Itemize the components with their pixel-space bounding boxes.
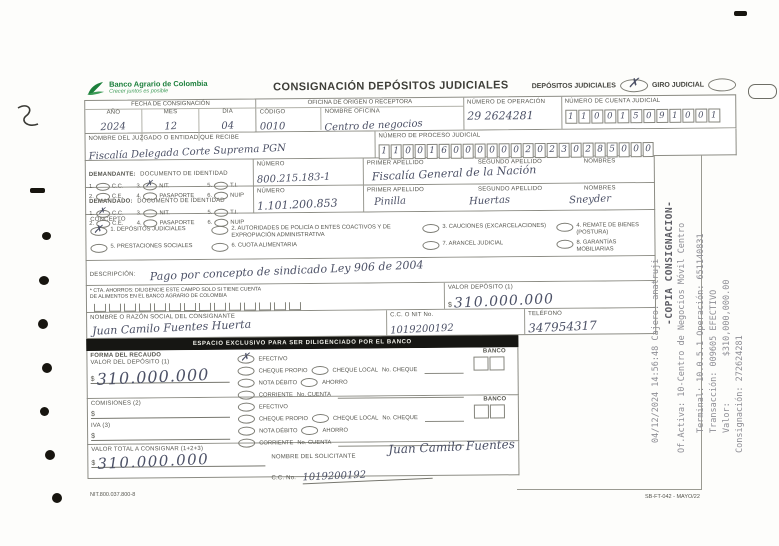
oficina-nombre: NOMBRE OFICINA Centro de negocios (322, 107, 464, 130)
checkbox-oval: ✗ (96, 210, 110, 218)
efectivo-oval: ✗ (238, 403, 255, 412)
demandado-doc: DEMANDADO: DOCUMENTO DE IDENTIDAD 1. ✗ C… (86, 187, 254, 214)
fecha-dia-value: 04 (221, 121, 234, 132)
digit-box: 0 (451, 143, 462, 158)
cuenta-judicial-digits: 110015091001 (565, 104, 733, 123)
fecha-ano-value: 2024 (101, 122, 127, 133)
digit-box: 2 (523, 143, 534, 158)
digit-box: 6 (439, 143, 450, 158)
punch-hole (52, 493, 62, 503)
row-fecha-oficina: FECHA DE CONSIGNACIÓN AÑO 2024 MES 12 DI… (84, 94, 736, 134)
punch-hole (42, 232, 51, 240)
deposit-type-options: DEPÓSITOS JUDICIALES ✗ GIRO JUDICIAL ✗ (532, 74, 737, 93)
digit-box: 0 (487, 143, 498, 158)
cheque-local-oval: ✗ (311, 366, 328, 375)
solicitante-cc-value: 1019200192 (302, 468, 432, 485)
concepto-option: ✗ 5. PRESTACIONES SOCIALES (90, 243, 205, 257)
consignante-cc-value: 1019200192 (390, 324, 454, 337)
pen-squiggle (14, 100, 48, 134)
punch-hole (42, 363, 52, 373)
digit-box: 0 (643, 109, 655, 123)
concepto-option: ✗ 2. AUTORIDADES DE POLICÍA O ENTES COAC… (211, 224, 416, 239)
recaudo-opciones: ✗ EFECTIVO ✗ CHEQUE PROPIO ✗ CHEQUE LOCA… (232, 348, 471, 397)
digit-box: 0 (619, 142, 630, 157)
row-total: VALOR TOTAL A CONSIGNAR (1+2+3) $ 310.00… (87, 441, 519, 479)
checkbox-oval: ✗ (422, 241, 439, 250)
digit-box: 0 (415, 144, 426, 159)
digit-box: 0 (403, 144, 414, 159)
bank-nit: NIT.800.037.800-8 (90, 492, 135, 498)
bank-tagline: Crecer juntos es posible (109, 88, 208, 95)
digit-box: 9 (656, 109, 668, 123)
digit-box: 0 (499, 143, 510, 158)
deposit-option-label: DEPÓSITOS JUDICIALES (532, 82, 616, 90)
digit-box: 5 (630, 109, 642, 123)
deposit-form: Banco Agrario de Colombia Crecer juntos … (84, 72, 739, 479)
digit-box: 0 (535, 142, 546, 157)
form-code: SB-FT-042 - MAYO/22 (645, 494, 700, 500)
corner-box (748, 84, 777, 99)
digit-box: 2 (583, 142, 594, 157)
stamp-transaccion: Transacción: 009605 EFECTIVO (708, 143, 721, 463)
margin-mark (30, 188, 45, 193)
numero-operacion: NÚMERO DE OPERACIÓN 29 2624281 (464, 97, 562, 130)
stamp-title: -COPIA CONSIGNACION- (663, 143, 676, 463)
ahorro-oval: ✗ (301, 426, 318, 435)
digit-box: 0 (631, 142, 642, 157)
valor-deposito: VALOR DEPÓSITO (1) $ 310.000.000 (445, 281, 655, 309)
digit-box: 1 (578, 110, 590, 124)
comisiones-banco: BANCO (472, 395, 518, 440)
digit-box: 8 (595, 142, 606, 157)
check-mark-icon: ✗ (145, 179, 153, 189)
digit-box: 1 (669, 109, 681, 123)
demandante-numero-value: 800.215.183-1 (257, 173, 331, 186)
digit-box: 0 (463, 143, 474, 158)
digit-box: 0 (591, 109, 603, 123)
juzgado: NOMBRE DEL JUZGADO O ENTIDAD QUE RECIBE … (85, 131, 375, 160)
digit-box: 0 (695, 109, 707, 123)
digit-box: 1 (379, 144, 390, 159)
demandado-segundo-value: Huertas (469, 193, 569, 207)
consignante-telefono: TELÉFONO 347954317 (525, 308, 655, 334)
comisiones: COMISIONES (2) $ IVA (3) $ (88, 398, 233, 444)
punch-hole (39, 276, 49, 285)
consignante-nombre-value: Juan Camilo Fuentes Huerta (92, 320, 251, 337)
digit-box: 0 (475, 143, 486, 158)
check-mark-icon: ✗ (93, 223, 102, 236)
numero-operacion-value: 29 2624281 (467, 109, 534, 123)
checkbox-oval: ✗ (96, 193, 110, 201)
digit-box: 1 (708, 108, 720, 122)
bank-logo: Banco Agrario de Colombia Crecer juntos … (86, 78, 258, 96)
cheque-propio-oval: ✗ (238, 367, 255, 376)
cheque-local-oval: ✗ (312, 414, 329, 423)
digit-box: 1 (391, 144, 402, 159)
demandado-numero: NÚMERO 1.101.200.853 (254, 186, 364, 213)
row-forma-recaudo: FORMA DEL RECAUDO VALOR DEL DEPÓSITO (1)… (86, 347, 518, 399)
row-comisiones: COMISIONES (2) $ IVA (3) $ ✗ EFECTIVO ✗ … (87, 395, 519, 445)
checkbox-oval: ✗ (96, 183, 110, 191)
stamp-datetime: 04/12/2024 14:56:48 Cajero: anatruji (650, 143, 663, 463)
valor-deposito-value: 310.000.000 (454, 292, 555, 310)
oficina-codigo-value: 0010 (260, 121, 286, 132)
checkbox-oval: ✗ (90, 227, 107, 236)
oficina-codigo: CÓDIGO 0010 (257, 108, 322, 131)
demandado-nombres-value: Sneyder (569, 193, 654, 207)
giro-option-label: GIRO JUDICIAL (652, 82, 704, 89)
demandado-numero-value: 1.101.200.853 (257, 198, 338, 212)
nota-debito-oval: ✗ (238, 427, 255, 436)
stamp-consignacion: Consignación: 272624281 (734, 143, 747, 463)
banco-boxes (474, 404, 516, 418)
stamp-valor-monto: $310,000,000.00 (721, 280, 734, 357)
comisiones-opciones: ✗ EFECTIVO ✗ CHEQUE PROPIO ✗ CHEQUE LOCA… (233, 396, 472, 443)
giro-option-oval: ✗ (708, 78, 736, 91)
concepto-option: ✗ 6. CUOTA ALIMENTARIA (211, 241, 416, 256)
digit-box: 0 (604, 109, 616, 123)
checkbox-oval: ✗ (90, 244, 107, 253)
teller-stamp: 04/12/2024 14:56:48 Cajero: anatruji -CO… (650, 143, 756, 463)
check-mark-icon: ✗ (240, 351, 249, 364)
check-mark-icon: ✗ (628, 76, 639, 91)
punch-hole (40, 407, 49, 416)
concepto-option: ✗ 8. GARANTÍAS MOBILIARIAS (556, 239, 650, 253)
digit-box: 1 (427, 143, 438, 158)
concepto-option: ✗ 1. DEPÓSITOS JUDICIALES (90, 226, 205, 240)
digit-box: 1 (565, 110, 577, 124)
checkbox-oval: ✗ (556, 223, 573, 232)
digit-box: 1 (617, 109, 629, 123)
oficina-origen: OFICINA DE ORIGEN O RECEPTORA CÓDIGO 001… (257, 98, 465, 132)
punch-hole (38, 319, 48, 329)
row-consignante: NOMBRE O RAZÓN SOCIAL DEL CONSIGNANTE Ju… (86, 308, 656, 339)
solicitante-value: Juan Camilo Fuentes (388, 439, 515, 455)
valor-total-value: 310.000.000 (97, 454, 209, 469)
digit-box: 0 (511, 143, 522, 158)
cheque-propio-oval: ✗ (238, 415, 255, 424)
consignante-telefono-value: 347954317 (528, 320, 597, 333)
scan-mark (734, 11, 747, 16)
demandante-doc: DEMANDANTE: DOCUMENTO DE IDENTIDAD 1. ✗ … (86, 160, 254, 187)
consignante-cc: C.C. O NIT No. 1019200192 (387, 309, 525, 335)
punch-hole (45, 450, 55, 460)
digit-box: 3 (559, 142, 570, 157)
concepto-options: ✗ 1. DEPÓSITOS JUDICIALES ✗ 2. AUTORIDAD… (86, 219, 654, 260)
consignante-nombre: NOMBRE O RAZÓN SOCIAL DEL CONSIGNANTE Ju… (87, 310, 387, 338)
digit-box: 5 (607, 142, 618, 157)
deposit-option-oval: ✗ (620, 79, 648, 92)
descripcion-label: DESCRIPCIÓN: (90, 272, 136, 278)
demandante-nombres: PRIMER APELLIDO SEGUNDO APELLIDO NOMBRES… (364, 156, 654, 185)
valor-total: VALOR TOTAL A CONSIGNAR (1+2+3) $ 310.00… (88, 443, 268, 478)
concepto-option: ✗ 7. ARANCEL JUDICIAL (422, 240, 550, 254)
cuenta-judicial: NÚMERO DE CUENTA JUDICIAL 110015091001 (562, 95, 736, 129)
concepto-option: ✗ 4. REMATE DE BIENES (POSTURA) (556, 222, 650, 236)
digit-box: 2 (547, 142, 558, 157)
row-concepto: CONCEPTO ✗ 1. DEPÓSITOS JUDICIALES ✗ 2. … (85, 210, 655, 261)
stamp-terminal: Terminal: 10.0.5.1 Operación: 651140831 (695, 143, 708, 463)
solicitante: NOMBRE DEL SOLICITANTE Juan Camilo Fuent… (268, 441, 518, 476)
no-cheque-line (425, 413, 464, 421)
check-mark-icon: ✗ (98, 207, 106, 217)
page: { "bank": { "name": "Banco Agrario de Co… (0, 0, 779, 546)
fecha-mes-value: 12 (164, 122, 177, 133)
descripcion-value: Pago por concepto de sindicado Ley 906 d… (150, 260, 424, 282)
fecha-consignacion: FECHA DE CONSIGNACIÓN AÑO 2024 MES 12 DI… (85, 99, 257, 132)
checkbox-oval: ✗ (211, 243, 228, 252)
efectivo-oval: ✗ (237, 355, 254, 364)
checkbox-oval: ✗ (556, 240, 573, 249)
stamp-valor: Valor: $310,000,000.00 (721, 143, 734, 463)
cta-ahorros: * CTA. AHORROS: DILIGENCIE ESTE CAMPO SO… (87, 283, 445, 312)
stamp-oficina: Of.Activa: 10-Centro de Negocios Móvil C… (676, 143, 689, 463)
demandado-nombres: PRIMER APELLIDO SEGUNDO APELLIDO NOMBRES… (364, 183, 654, 212)
recaudo-banco: BANCO (471, 347, 517, 394)
bank-leaf-icon (86, 80, 106, 96)
ahorro-oval: ✗ (301, 378, 318, 387)
digit-box: 0 (682, 109, 694, 123)
demandante-numero: NÚMERO 800.215.183-1 (254, 159, 364, 186)
nota-debito-oval: ✗ (238, 379, 255, 388)
demandado-primer-value: Pinilla (364, 194, 469, 209)
banco-boxes (473, 356, 515, 370)
checkbox-oval: ✗ (211, 226, 228, 235)
checkbox-oval: ✗ (422, 224, 439, 233)
forma-recaudo: FORMA DEL RECAUDO VALOR DEL DEPÓSITO (1)… (87, 350, 232, 398)
recaudo-valor-value: 310.000.000 (96, 370, 209, 385)
form-title: CONSIGNACIÓN DEPÓSITOS JUDICIALES (258, 76, 524, 93)
concepto-option: ✗ 3. CAUCIONES (EXCARCELACIONES) (422, 223, 550, 237)
no-cheque-line (424, 365, 463, 373)
digit-box: 0 (571, 142, 582, 157)
